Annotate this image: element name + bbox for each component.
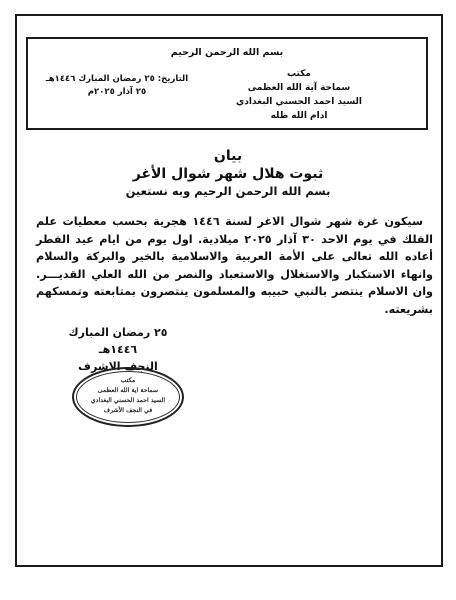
statement-body: سيكون غرة شهر شوال الاغر لسنة ١٤٤٦ هجرية… — [36, 213, 433, 319]
title-subject: ثبوت هلال شهر شوال الأغر — [30, 165, 426, 183]
letterhead-box: بسم الله الرحمن الرحيم مكتب سماحة آية ال… — [26, 37, 428, 130]
title-main: بيان — [30, 147, 426, 165]
office-title: مكتب سماحة آية الله العظمى السيد احمد ال… — [224, 67, 374, 123]
office-line-4: ادام الله ظله — [224, 109, 374, 123]
seal-line-1: مكتب — [74, 376, 182, 386]
letterhead-date: التاريخ: ٢٥ رمضان المبارك ١٤٤٦هـ ٢٥ آذار… — [42, 73, 192, 99]
seal-text: مكتب سماحة اية الله العظمى السيد احمد ال… — [74, 376, 182, 416]
signature-date: ٢٥ رمضان المبارك ١٤٤٦هـ — [48, 324, 188, 358]
gregorian-date: ٢٥ آذار ٢٠٢٥م — [42, 86, 192, 99]
office-seal-stamp: مكتب سماحة اية الله العظمى السيد احمد ال… — [72, 367, 184, 427]
title-basmala: بسم الله الرحمن الرحيم وبه نستعين — [30, 183, 426, 199]
letterhead-basmala: بسم الله الرحمن الرحيم — [28, 47, 426, 58]
office-line-3: السيد احمد الحسني البغدادي — [224, 95, 374, 109]
seal-line-4: في النجف الأشرف — [74, 406, 182, 416]
hijri-date: التاريخ: ٢٥ رمضان المبارك ١٤٤٦هـ — [42, 73, 192, 86]
seal-line-3: السيد احمد الحسني البغدادي — [74, 396, 182, 406]
statement-title: بيان ثبوت هلال شهر شوال الأغر بسم الله ا… — [30, 147, 426, 199]
office-line-2: سماحة آية الله العظمى — [224, 81, 374, 95]
office-line-1: مكتب — [224, 67, 374, 81]
seal-line-2: سماحة اية الله العظمى — [74, 386, 182, 396]
